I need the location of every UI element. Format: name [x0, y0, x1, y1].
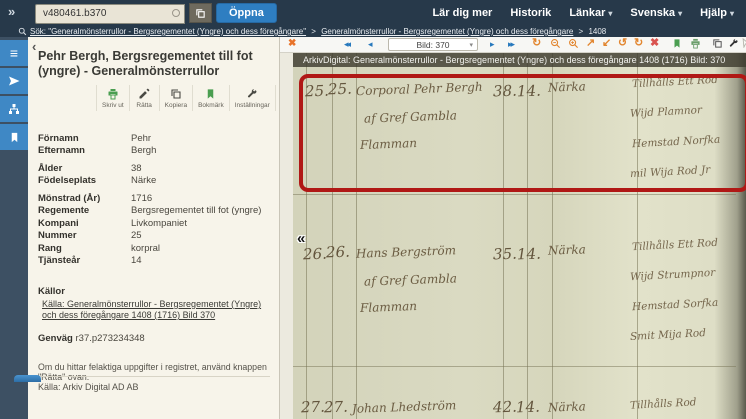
zoom-out-icon: [550, 38, 561, 49]
copy-icon: [712, 38, 723, 49]
menu-item-learn-more[interactable]: Lär dig mer: [432, 7, 492, 19]
breadcrumb-current-page: 1408: [588, 27, 606, 36]
ms-row-number: 26.: [303, 245, 327, 264]
clear-input-icon[interactable]: [172, 9, 180, 17]
pan-move-button[interactable]: ✖: [646, 38, 663, 49]
breadcrumb-search-link[interactable]: Sök: "Generalmönsterrullor - Bergsregeme…: [30, 27, 306, 36]
rotate-right-button[interactable]: ↻: [630, 38, 647, 49]
viewer-collapse-handle-icon[interactable]: «: [297, 230, 305, 247]
ms-row-number: 27.: [301, 398, 325, 417]
menu-icon: ≡: [10, 46, 18, 60]
first-image-button[interactable]: ◂◂: [340, 40, 353, 49]
caret-down-icon: ▾: [730, 9, 734, 18]
menu-item-history[interactable]: Historik: [510, 7, 551, 19]
caret-down-icon: ▾: [678, 9, 682, 18]
menu-item-language[interactable]: Svenska▾: [630, 7, 682, 19]
pencil-icon: [138, 88, 150, 100]
sources-heading: Källor: [38, 286, 65, 297]
printer-icon: [107, 88, 119, 100]
image-caption: ArkivDigital: Generalmönsterrullor - Ber…: [293, 53, 746, 67]
ms-name-line: Flamman: [360, 299, 417, 315]
close-image-button[interactable]: ✖: [284, 39, 300, 49]
rail-menu-button[interactable]: ≡: [0, 40, 28, 66]
ms-birthplace: Närka: [548, 242, 586, 257]
record-fields: FörnamnPehr EfternamnBergh Ålder38 Födel…: [38, 132, 273, 267]
search-icon: [18, 27, 27, 36]
previous-image-button[interactable]: ◂: [364, 40, 377, 49]
field-row: RegementeBergsregementet till fot (yngre…: [38, 205, 273, 218]
zoom-out-button[interactable]: [546, 38, 565, 49]
last-image-button[interactable]: ▸▸: [504, 40, 517, 49]
rotate-left-button[interactable]: ↺: [614, 38, 631, 49]
image-number-select[interactable]: Bild: 370▾: [388, 38, 478, 51]
wrench-icon: [246, 88, 258, 100]
copy-button[interactable]: Kopiera: [160, 85, 193, 111]
breadcrumb: Sök: "Generalmönsterrullor - Bergsregeme…: [0, 26, 746, 37]
field-row: Rangkorpral: [38, 242, 273, 255]
arkivdigital-app: » Öppna Lär dig mer Historik Länkar▾ Sve…: [0, 0, 746, 419]
pointer-tool-button[interactable]: [737, 38, 746, 48]
bookmark-button[interactable]: Bokmärk: [193, 85, 230, 111]
field-row: Tjänsteår14: [38, 255, 273, 268]
image-viewer[interactable]: 25. 25. Corporal Pehr Bergh af Gref Gamb…: [280, 53, 746, 419]
field-row: Mönstrad (År)1716: [38, 192, 273, 205]
left-icon-rail: ≡: [0, 37, 28, 419]
zoom-in-icon: [568, 38, 579, 49]
source-footer: Källa: Arkiv Digital AD AB: [38, 382, 139, 392]
breadcrumb-separator: >: [311, 27, 316, 36]
field-row: FörnamnPehr: [38, 132, 273, 145]
paper-plane-icon: [8, 75, 20, 87]
ms-age: 35.: [493, 245, 517, 264]
ms-row-number: 27.: [324, 398, 348, 417]
bookmark-icon: [9, 132, 20, 143]
field-row: FödelseplatsNärke: [38, 175, 273, 188]
bookmark-icon: [672, 38, 682, 49]
image-code-input[interactable]: [35, 4, 185, 24]
rail-bottom-widget[interactable]: [14, 375, 41, 382]
rail-navigate-button[interactable]: [0, 68, 28, 94]
breadcrumb-separator: >: [579, 27, 584, 36]
top-menu: Lär dig mer Historik Länkar▾ Svenska▾ Hj…: [432, 0, 734, 26]
field-row: Nummer25: [38, 230, 273, 243]
rail-archive-tree-button[interactable]: [0, 96, 28, 122]
print-button[interactable]: Skriv ut: [97, 85, 130, 111]
field-row: Ålder38: [38, 162, 273, 175]
field-row: KompaniLivkompaniet: [38, 217, 273, 230]
record-actions: Skriv ut Rätta Kopiera Bokmärk Inställni…: [96, 85, 276, 111]
ms-service-years: 14.: [517, 245, 541, 264]
ms-birthplace: Närka: [548, 399, 586, 414]
field-row: EfternamnBergh: [38, 145, 273, 158]
cursor-icon: [741, 38, 746, 48]
enlarge-button[interactable]: ↗: [582, 38, 599, 49]
expand-rail-icon[interactable]: »: [8, 4, 15, 19]
row-line: [293, 366, 736, 367]
record-title: Pehr Bergh, Bergsregementet till fot (yn…: [38, 49, 268, 79]
collapse-panel-icon[interactable]: ‹: [32, 39, 36, 54]
caret-down-icon: ▾: [608, 9, 612, 18]
shortcut-row: Genväg r37.p273234348: [38, 333, 145, 344]
print-image-button[interactable]: [686, 38, 705, 49]
bookmark-image-button[interactable]: [668, 38, 686, 49]
search-field-wrap: [35, 3, 185, 23]
bookmark-icon: [205, 88, 216, 100]
correct-button[interactable]: Rätta: [130, 85, 160, 111]
sitemap-icon: [8, 103, 20, 115]
caret-down-icon: ▾: [469, 41, 473, 49]
rail-bookmarks-button[interactable]: [0, 124, 28, 150]
refresh-image-button[interactable]: ↻: [528, 38, 545, 49]
ms-service-years: 14.: [516, 398, 540, 417]
source-link[interactable]: Källa: Generalmönsterrullor - Bergsregem…: [42, 299, 270, 321]
image-toolbar: ✖ ◂◂ ◂ Bild: 370▾ ▸ ▸▸ ↻ ↗ ↙ ↺ ↻ ✖: [280, 36, 746, 53]
breadcrumb-volume-link[interactable]: Generalmönsterrullor - Bergsregementet (…: [321, 27, 573, 36]
ms-age: 42.: [493, 398, 517, 417]
copy-reference-button[interactable]: [189, 3, 212, 23]
row-line: [293, 194, 736, 195]
shrink-button[interactable]: ↙: [598, 38, 615, 49]
copy-icon: [170, 88, 182, 100]
zoom-in-button[interactable]: [564, 38, 583, 49]
top-navbar: » Öppna Lär dig mer Historik Länkar▾ Sve…: [0, 0, 746, 26]
menu-item-links[interactable]: Länkar▾: [569, 7, 612, 19]
settings-button[interactable]: Inställningar: [230, 85, 276, 111]
shortcut-value: r37.p273234348: [76, 333, 145, 344]
correction-note: Om du hittar felaktiga uppgifter i regis…: [38, 362, 276, 382]
menu-item-help[interactable]: Hjälp▾: [700, 7, 734, 19]
ms-row-number: 26.: [326, 243, 350, 262]
open-button[interactable]: Öppna: [216, 3, 277, 23]
record-highlight-box: [299, 74, 746, 192]
copy-icon: [195, 8, 206, 19]
printer-icon: [690, 38, 701, 49]
next-image-button[interactable]: ▸: [486, 40, 499, 49]
record-detail-panel: ‹ Pehr Bergh, Bergsregementet till fot (…: [28, 37, 280, 419]
panel-divider: [38, 376, 270, 377]
